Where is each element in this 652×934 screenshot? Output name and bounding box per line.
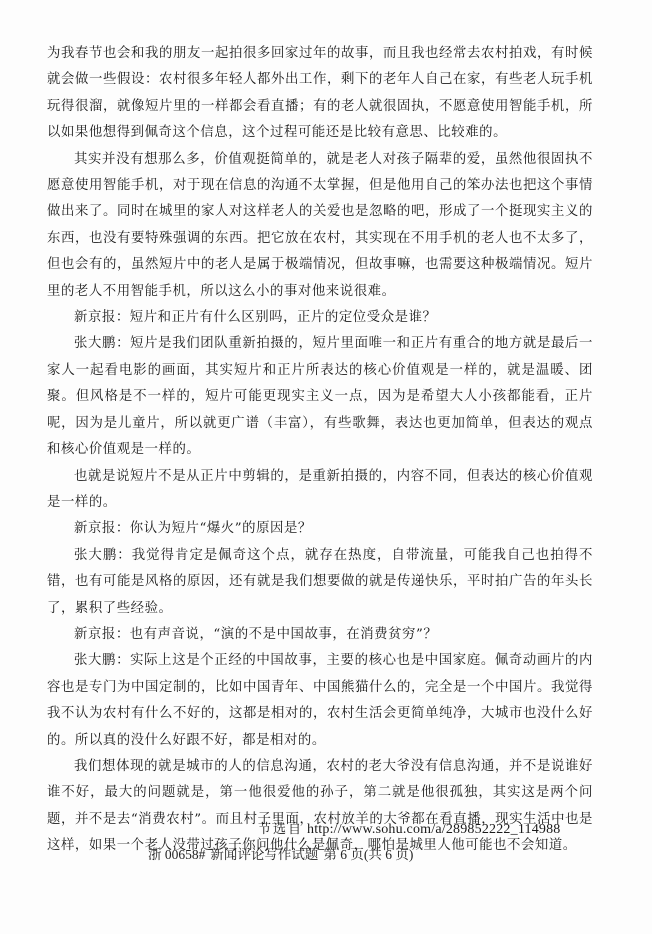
paragraph-9-answer: 张大鹏：实际上这是个正经的中国故事，主要的核心也是中国家庭。佩奇动画片的内容也是… bbox=[47, 648, 593, 754]
paragraph-1: 为我春节也会和我的朋友一起拍很多回家过年的故事，而且我也经常去农村拍戏，有时候就… bbox=[47, 41, 593, 147]
exam-page: 为我春节也会和我的朋友一起拍很多回家过年的故事，而且我也经常去农村拍戏，有时候就… bbox=[0, 0, 652, 934]
source-citation: 节选自http://www.sohu.com/a/289852222_11498… bbox=[258, 820, 561, 840]
source-url: http://www.sohu.com/a/289852222_114988 bbox=[307, 822, 561, 837]
article-body: 为我春节也会和我的朋友一起拍很多回家过年的故事，而且我也经常去农村拍戏，有时候就… bbox=[47, 41, 593, 860]
paragraph-6-question: 新京报：你认为短片“爆火”的原因是？ bbox=[47, 516, 593, 542]
exam-title: 新闻评论写作试题 bbox=[210, 847, 318, 862]
paragraph-7-answer: 张大鹏：我觉得肯定是佩奇这个点，就存在热度，自带流量，可能我自己也拍得不错，也有… bbox=[47, 543, 593, 622]
paragraph-3-question: 新京报：短片和正片有什么区别吗，正片的定位受众是谁？ bbox=[47, 305, 593, 331]
exam-code: 浙 00658# bbox=[148, 847, 205, 862]
paragraph-8-question: 新京报：也有声音说，“演的不是中国故事，在消费贫穷”？ bbox=[47, 622, 593, 648]
page-number: 第 6 页(共 6 页) bbox=[323, 847, 413, 862]
paragraph-2: 其实并没有想那么多，价值观挺简单的，就是老人对孩子隔辈的爱，虽然他很固执不愿意使… bbox=[47, 147, 593, 305]
paragraph-4-answer: 张大鹏：短片是我们团队重新拍摄的，短片里面唯一和正片有重合的地方就是最后一家人一… bbox=[47, 331, 593, 463]
page-footer: 浙 00658#新闻评论写作试题第 6 页(共 6 页) bbox=[148, 845, 418, 865]
paragraph-5: 也就是说短片不是从正片中剪辑的，是重新拍摄的，内容不同，但表达的核心价值观是一样… bbox=[47, 464, 593, 517]
source-label: 节选自 bbox=[258, 822, 303, 837]
paragraph-10: 我们想体现的就是城市的人的信息沟通，农村的老大爷没有信息沟通，并不是说谁好谁不好… bbox=[47, 754, 593, 860]
